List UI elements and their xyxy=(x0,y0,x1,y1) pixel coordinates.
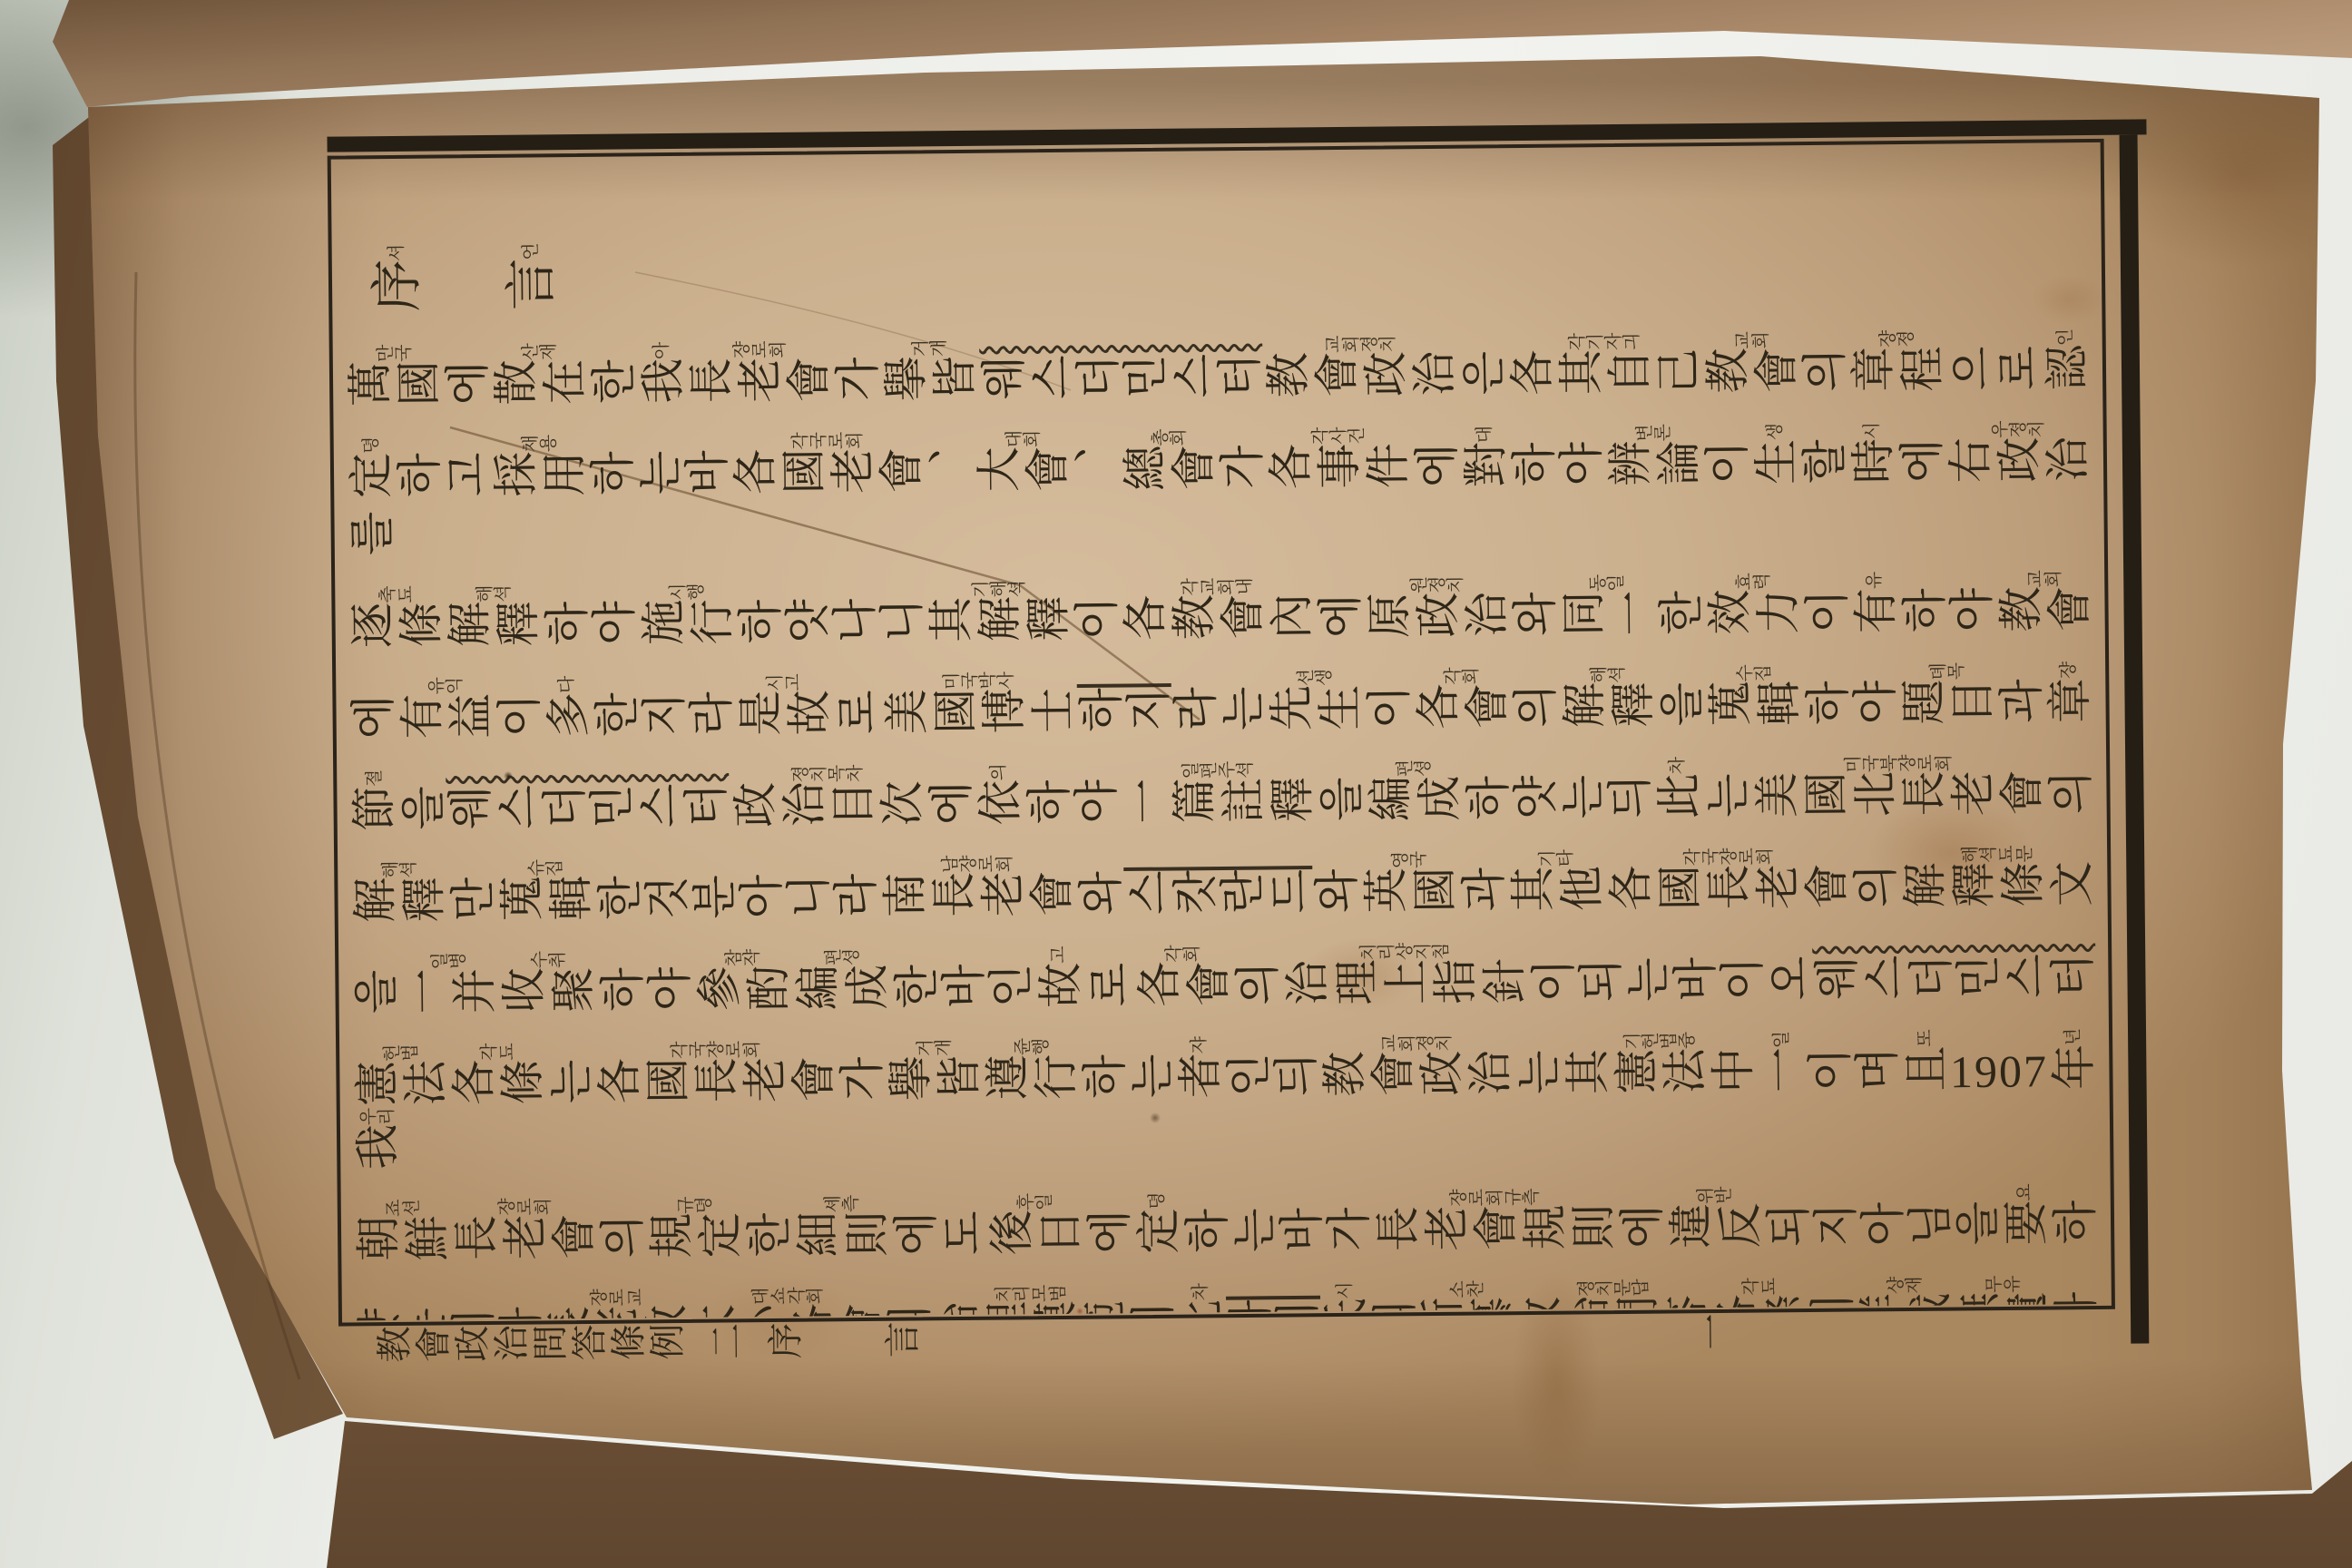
text-line-3: 逐條축됴解釋해셕하야施行시행하얏나니其解釋기해셕이各教會內각교회내에原政治원졍치… xyxy=(348,572,2092,658)
text-segment: 故고 xyxy=(1034,963,1085,1014)
gloss-annotation: 일 xyxy=(1757,1032,1804,1052)
text-segment: 有유 xyxy=(1850,589,1901,641)
text-segment: 規定규뎡 xyxy=(645,1213,745,1265)
text-segment: 하야 xyxy=(1804,681,1899,732)
text-segment: 長老會規則쟝로회규측 xyxy=(1372,1205,1619,1259)
gloss-annotation: 교회 xyxy=(1702,332,1798,353)
text-segment: 各條각됴 xyxy=(449,1060,547,1112)
text-segment: 序셔 xyxy=(368,260,424,320)
text-segment: 웨스더민스터 xyxy=(979,354,1263,407)
gloss-annotation: 원졍치 xyxy=(1363,576,1509,598)
text-segment: 章程쟝졍 xyxy=(1847,347,1947,398)
text-segment: 과 xyxy=(1459,867,1507,918)
text-segment: 同一동일 xyxy=(1558,591,1658,642)
text-segment: 에 xyxy=(348,695,397,746)
text-segment: 擧皆거개 xyxy=(880,357,980,408)
gloss-annotation: 기헌법즁 xyxy=(1562,1032,1756,1053)
text-segment: 定뎡 xyxy=(1132,1209,1183,1260)
text-segment: 하는 xyxy=(1080,1053,1175,1105)
gloss-annotation: 쟝졍 xyxy=(1847,330,1945,351)
text-line-7: 을一并일병收聚수취하야參酌참쟉編成편셩한바인故고로各會각회의治理上指針치리샹지침… xyxy=(351,938,2096,1024)
text-segment: 할 xyxy=(1800,439,1848,490)
text-segment: 憲法헌법 xyxy=(352,1061,450,1112)
text-segment: 스캇란드 xyxy=(1123,869,1313,922)
text-segment: 에 xyxy=(1316,593,1364,644)
text-segment: 가 xyxy=(833,358,881,408)
text-segment: 과 xyxy=(1997,679,2045,730)
text-segment: 其他기타 xyxy=(1506,867,1607,918)
text-segment: 얏는지라 xyxy=(355,1307,544,1320)
gloss-annotation: 치리모범 xyxy=(933,1285,1128,1307)
gloss-annotation: 교회졍치 xyxy=(1262,335,1457,357)
text-segment: 教會政治교회졍치 xyxy=(1318,1051,1514,1103)
printed-text-block: 序셔言언萬國만국에散在산재한我아長老會쟝로회가擧皆거개웨스더민스터教會政治교회졍… xyxy=(327,118,2158,1380)
text-segment: 時시 xyxy=(1847,439,1898,491)
text-segment: 에 xyxy=(1085,1210,1133,1260)
text-segment: 各其自己각기자긔 xyxy=(1506,349,1703,402)
gloss-annotation: 축됴 xyxy=(348,586,444,607)
text-segment: 는 xyxy=(1703,773,1751,824)
text-segment: 要요 xyxy=(2000,1200,2051,1252)
gloss-annotation: 쟝로회 xyxy=(687,341,832,363)
text-segment: 年년 xyxy=(2048,1045,2097,1097)
text-segment: 이 xyxy=(1803,589,1851,640)
gloss-annotation: 편셩 xyxy=(793,948,890,969)
text-segment: 效力효력 xyxy=(1704,590,1804,642)
gloss-annotation: 각사건 xyxy=(1265,427,1411,449)
gloss-annotation: 의 xyxy=(974,764,1021,784)
gloss-annotation: 교회졍치 xyxy=(1318,1034,1513,1056)
volume-number: 二 xyxy=(707,1323,746,1364)
text-segment: 右政治우졍치 xyxy=(1945,437,2091,490)
gloss-annotation: 각회 xyxy=(1132,946,1231,966)
text-line-9: 朝鮮죠션長老會쟝로회의規定규뎡한細則셰측에도後日후일에定뎡하는바가長老會規則쟝로… xyxy=(354,1185,2099,1271)
text-segment: 其解釋기해셕 xyxy=(925,597,1073,650)
gloss-annotation: 산재 xyxy=(490,344,588,365)
text-segment: 되지아님을 xyxy=(1764,1201,2001,1254)
text-segment: 、 xyxy=(926,448,975,500)
text-segment: 解釋해셕 xyxy=(446,602,544,653)
text-segment: 認인 xyxy=(2041,346,2090,397)
text-segment: 逐條축됴 xyxy=(348,603,446,654)
text-segment: 1907 xyxy=(1950,1045,2049,1097)
text-segment: 만 xyxy=(448,877,496,928)
text-segment: 題目뎨목 xyxy=(1898,680,1998,731)
text-segment: 美國博士미국박사 xyxy=(880,688,1077,740)
gloss-annotation: 각국쟝로회 xyxy=(1606,848,1849,870)
section-title-char-2: 言 xyxy=(883,1321,922,1362)
text-segment: 하야 xyxy=(1510,442,1605,494)
gloss-annotation: 해셕 xyxy=(350,861,446,882)
gloss-annotation: 각됴 xyxy=(1710,1279,1807,1299)
text-segment: 各會각회 xyxy=(1412,684,1512,736)
text-segment: 의 xyxy=(2046,770,2094,821)
text-segment: 我우리 xyxy=(353,1125,401,1176)
gloss-annotation: 시 xyxy=(1847,423,1895,443)
text-segment: 가 xyxy=(1218,445,1266,495)
gloss-annotation: 각됴 xyxy=(449,1044,545,1064)
text-segment: 의 xyxy=(1233,961,1281,1012)
text-line-5: 節졀을웨스더민스터政治目次졍치목차에依의하야一篇註釋일편주셕을編成편셩하얏는듸此… xyxy=(349,755,2094,841)
gloss-annotation: 후일 xyxy=(985,1193,1083,1214)
text-segment: 하 xyxy=(2051,1200,2099,1251)
text-segment: 一并일병 xyxy=(398,969,500,1021)
text-segment: 한바인 xyxy=(892,964,1034,1015)
gloss-annotation: 규뎡 xyxy=(645,1197,743,1218)
gloss-annotation: 거개 xyxy=(880,340,978,361)
gloss-annotation: 슈집 xyxy=(495,860,593,881)
gloss-annotation: 셰측 xyxy=(792,1195,890,1216)
text-segment: 解釋條文해셕됴문 xyxy=(1898,862,2095,915)
text-segment: 解釋해셕 xyxy=(1558,682,1658,734)
gloss-annotation: 차 xyxy=(1652,758,1700,778)
text-segment: 한것분아니라 xyxy=(595,874,879,927)
text-segment: 이 xyxy=(1073,596,1121,647)
text-segment: 를 xyxy=(347,512,395,563)
text-segment: 하야 xyxy=(1024,779,1120,831)
gloss-annotation: 각국로회 xyxy=(730,432,925,454)
gloss-annotation: 우졍치 xyxy=(1945,421,2091,443)
gloss-annotation: 치리샹지침 xyxy=(1280,943,1527,965)
text-segment: 一일 xyxy=(1757,1048,1806,1100)
text-segment: 對대 xyxy=(1459,443,1510,495)
text-segment: 美國北長老會미국북쟝로회 xyxy=(1750,770,2047,824)
text-segment: 에도 xyxy=(891,1210,986,1262)
text-segment: 로 xyxy=(833,691,881,741)
gloss-annotation: 소찬 xyxy=(1417,1281,1514,1302)
text-segment: 定뎡 xyxy=(347,454,396,505)
gloss-annotation: 쥰행 xyxy=(983,1038,1079,1059)
text-segment: 政治目次졍치목차 xyxy=(729,781,927,834)
text-segment: 에 xyxy=(1618,1204,1666,1255)
text-segment: 治理上指針치리샹지침 xyxy=(1280,959,1530,1013)
text-line-2: 定뎡하고採用채용하는바各國老會각국로회、大會대회、總會총회가各事件각사건에對대하… xyxy=(347,422,2092,566)
text-area: 序셔言언萬國만국에散在산재한我아長老會쟝로회가擧皆거개웨스더민스터教會政治교회졍… xyxy=(333,144,2110,1321)
text-segment: 且또 xyxy=(1900,1046,1951,1098)
page-number: 一 xyxy=(1693,1314,1732,1355)
rotated-page-content: 序셔言언萬國만국에散在산재한我아長老會쟝로회가擧皆거개웨스더민스터教會政治교회졍… xyxy=(327,118,2158,1380)
text-segment: 하는바 xyxy=(588,450,730,502)
text-segment: 各國長老會각국쟝로회 xyxy=(593,1057,838,1111)
text-segment: 하지 xyxy=(1077,687,1172,739)
text-segment: 는 xyxy=(546,1060,594,1111)
text-segment: 하얏는듸 xyxy=(1464,774,1653,827)
text-segment: 教會政治교회졍치 xyxy=(1262,351,1459,404)
text-segment: 한 xyxy=(589,359,637,410)
gloss-annotation: 대회 xyxy=(975,431,1071,452)
text-segment: 細則셰측 xyxy=(792,1211,892,1263)
gloss-annotation: 미국박사 xyxy=(880,672,1075,694)
gloss-annotation: 또 xyxy=(1900,1030,1947,1050)
text-segment: 各教會內각교회내 xyxy=(1120,594,1317,647)
gloss-annotation: 쟝로회 xyxy=(451,1199,596,1220)
gloss-annotation: 해셕 xyxy=(1558,666,1656,687)
gloss-annotation: 총회 xyxy=(1121,429,1217,450)
text-segment: 先生션생 xyxy=(1266,685,1366,737)
text-segment: 하야 xyxy=(543,601,638,652)
text-segment: 이 xyxy=(1703,440,1751,491)
text-segment: 朝鮮죠션 xyxy=(354,1216,452,1268)
text-segment: 되는바이오 xyxy=(1576,956,1813,1009)
text-segment: 한 xyxy=(745,1213,793,1264)
gloss-annotation: 졍치문답 xyxy=(1516,1279,1710,1301)
text-segment: 一篇註釋일편주셕 xyxy=(1119,778,1318,830)
text-segment: 有益유익 xyxy=(396,694,495,746)
text-segment: 이 xyxy=(495,693,544,744)
gloss-annotation: 쟝로회규측 xyxy=(1371,1189,1615,1211)
gloss-annotation: 시 xyxy=(1320,1282,1367,1302)
gloss-annotation: 편셩 xyxy=(1364,759,1462,780)
gloss-annotation: 만국 xyxy=(346,345,442,366)
page-title-line: 序셔言언 xyxy=(345,230,2090,325)
gloss-annotation: 고 xyxy=(1034,946,1081,966)
text-segment: 와 xyxy=(1511,592,1559,642)
gloss-annotation: 졀 xyxy=(349,770,397,790)
text-segment: 에 xyxy=(926,781,975,832)
text-segment: 으로 xyxy=(1946,346,2042,397)
text-segment: 이며 xyxy=(1806,1047,1901,1099)
gloss-annotation: 영국 xyxy=(1359,851,1457,872)
text-segment: 萬國만국 xyxy=(346,361,444,413)
text-segment: 에 xyxy=(1897,438,1945,489)
gloss-annotation: 시행 xyxy=(637,583,735,604)
text-segment: 에 xyxy=(1412,443,1460,494)
text-segment: 擧皆거개 xyxy=(885,1055,984,1107)
gloss-annotation: 우리 xyxy=(353,1109,400,1129)
text-segment: 을 xyxy=(351,970,399,1021)
gloss-annotation: 일병 xyxy=(398,953,497,974)
text-segment: 웨스더민스터 xyxy=(1812,954,2096,1007)
gloss-annotation: 언 xyxy=(503,243,557,264)
text-segment: 의 xyxy=(1800,348,1848,398)
text-segment: 多다 xyxy=(543,693,593,745)
gloss-annotation: 생 xyxy=(1749,424,1797,444)
text-segment: 長老會쟝로회 xyxy=(452,1215,599,1268)
gloss-annotation: 무유 xyxy=(1954,1276,2050,1297)
gloss-annotation: 남쟝로회 xyxy=(878,856,1074,877)
text-segment: 我아 xyxy=(636,359,687,411)
text-segment: 에 xyxy=(443,361,491,412)
gloss-annotation: 년 xyxy=(2048,1029,2095,1049)
text-segment: 하야 xyxy=(1900,588,1995,640)
text-segment: 이 xyxy=(1529,958,1577,1009)
gloss-annotation: 죠션 xyxy=(354,1200,450,1220)
gloss-annotation: 졍치목차 xyxy=(729,765,925,787)
text-segment: 辨論변론 xyxy=(1604,441,1703,493)
gloss-annotation: 대쇼각회 xyxy=(691,1288,884,1309)
gloss-annotation: 효력 xyxy=(1704,573,1802,594)
text-segment: 節졀 xyxy=(349,787,399,838)
text-segment: 教會교회 xyxy=(1703,348,1801,400)
text-segment: 가 xyxy=(838,1057,886,1108)
text-segment: 한 xyxy=(1657,591,1705,642)
text-segment: 各國長老會각국쟝로회 xyxy=(1606,864,1852,917)
text-line-1: 萬國만국에散在산재한我아長老會쟝로회가擧皆거개웨스더민스터教會政治교회졍치은各其… xyxy=(346,330,2091,416)
text-segment: 後日후일 xyxy=(985,1210,1085,1261)
gloss-annotation: 거개 xyxy=(885,1040,982,1061)
text-segment: 을 xyxy=(1657,682,1705,733)
gloss-annotation: 교회 xyxy=(1994,571,2092,592)
text-segment: 로 xyxy=(1085,963,1133,1014)
text-line-8: 憲法헌법各條각됴는各國長老會각국쟝로회가擧皆거개遵行쥰행하는者쟈인듸教會政治교회… xyxy=(352,1030,2097,1180)
gloss-annotation: 해셕됴문 xyxy=(1898,846,2094,867)
text-segment: 採用채용 xyxy=(489,452,588,504)
text-segment: 와 xyxy=(1076,871,1124,922)
gloss-annotation: 각기자긔 xyxy=(1506,333,1701,355)
text-segment: 을 xyxy=(1317,777,1365,828)
text-line-6: 解釋해셕만蒐輯슈집한것분아니라南長老會남쟝로회와스캇란드와英國영국과其他기타各國… xyxy=(350,847,2095,933)
gloss-annotation: 위반 xyxy=(1664,1187,1762,1208)
text-line-4: 에有益유익이多다한지라是故시고로美國博士미국박사하지라는先生션생이各會각회의解釋… xyxy=(348,663,2093,750)
gloss-annotation: 뎡 xyxy=(1132,1192,1180,1212)
text-segment: 依의 xyxy=(974,780,1025,832)
text-segment: 의 xyxy=(1851,864,1899,915)
text-segment: 總會총회 xyxy=(1121,446,1219,497)
gloss-annotation: 동일 xyxy=(1558,574,1656,595)
gloss-annotation: 변론 xyxy=(1604,425,1701,446)
gloss-annotation: 각회 xyxy=(1412,668,1510,689)
gloss-annotation: 뎡 xyxy=(347,437,394,457)
gloss-annotation: 뎨목 xyxy=(1897,663,1995,684)
text-segment: 遵行쥰행 xyxy=(984,1054,1082,1106)
text-segment: 大會대회 xyxy=(975,447,1073,499)
text-segment: 收聚수취 xyxy=(499,968,598,1020)
gloss-annotation: 샹재 xyxy=(1856,1277,1953,1298)
gloss-annotation: 요 xyxy=(2000,1184,2047,1204)
gloss-annotation: 미국북쟝로회 xyxy=(1750,754,2044,777)
text-segment: 이 xyxy=(1365,685,1413,736)
text-segment: 是故시고 xyxy=(734,691,834,742)
text-segment: 하고 xyxy=(395,453,490,505)
text-segment: 의 xyxy=(1511,683,1559,734)
gloss-annotation: 인 xyxy=(2041,329,2088,349)
text-segment: 者쟈 xyxy=(1174,1053,1225,1105)
text-segment: 長老會쟝로회 xyxy=(687,358,834,410)
text-segment: 生생 xyxy=(1750,440,1801,492)
text-segment: 其憲法中기헌법즁 xyxy=(1562,1048,1758,1101)
gloss-annotation: 셔 xyxy=(368,245,423,266)
text-segment: 하야 xyxy=(598,967,693,1019)
section-title-char-1: 序 xyxy=(766,1323,805,1364)
text-segment: 各會각회 xyxy=(1132,962,1234,1014)
gloss-annotation: 수집 xyxy=(1704,665,1802,686)
gloss-annotation: 참쟉 xyxy=(692,950,791,971)
text-segment: 編成편셩 xyxy=(1364,776,1465,828)
text-segment: 인듸 xyxy=(1224,1053,1319,1104)
text-segment: 此차 xyxy=(1652,774,1704,826)
gloss-annotation: 쟝 xyxy=(2044,662,2092,682)
text-segment: 、 xyxy=(1072,446,1121,498)
text-segment: 南長老會남쟝로회 xyxy=(878,871,1077,924)
text-segment: 라는 xyxy=(1171,686,1267,738)
gloss-annotation: 해셕 xyxy=(446,585,542,606)
gloss-annotation: 일편주셕 xyxy=(1119,761,1315,783)
text-segment: 웨스더민스터 xyxy=(446,783,730,837)
gloss-annotation: 기해셕 xyxy=(925,581,1071,603)
text-segment: 한지라 xyxy=(593,691,735,743)
gloss-annotation: 쟈 xyxy=(1174,1037,1221,1057)
gloss-annotation: 아 xyxy=(636,343,683,363)
text-segment: 는 xyxy=(1514,1050,1563,1101)
gloss-annotation: 각교회내 xyxy=(1120,578,1315,600)
text-segment: 散在산재 xyxy=(490,360,590,412)
text-segment: 解釋해셕 xyxy=(350,877,449,929)
text-segment: 의 xyxy=(598,1214,646,1265)
text-segment: 蒐輯수집 xyxy=(1704,681,1804,733)
gloss-annotation: 대 xyxy=(1459,426,1506,446)
gloss-annotation: 션생 xyxy=(1266,669,1364,690)
text-segment: 言언 xyxy=(503,260,558,319)
text-segment: 英國영국 xyxy=(1359,867,1460,919)
text-segment: 을 xyxy=(398,786,446,837)
text-segment: 하얏나니 xyxy=(736,598,926,651)
text-segment: 各國老會각국로회 xyxy=(730,448,926,501)
text-segment: 教會교회 xyxy=(1994,587,2092,639)
text-segment: 章쟝 xyxy=(2044,679,2093,730)
text-segment: 하는바가 xyxy=(1183,1207,1373,1259)
gloss-annotation: 수취 xyxy=(499,952,596,973)
text-segment: 蒐輯슈집 xyxy=(495,877,596,928)
text-segment: 違反위반 xyxy=(1665,1203,1765,1255)
gloss-annotation: 기타 xyxy=(1506,850,1604,871)
text-segment: 은 xyxy=(1459,351,1507,402)
gloss-annotation: 다 xyxy=(542,677,589,697)
gloss-annotation: 차 xyxy=(1176,1284,1223,1304)
text-segment: 各事件각사건 xyxy=(1265,444,1413,496)
gloss-annotation: 각국쟝로회 xyxy=(593,1041,837,1063)
text-segment: 原政治원졍치 xyxy=(1363,593,1511,645)
text-segment: 參酌참쟉 xyxy=(692,965,794,1017)
book-title: 教會政治問答條例 xyxy=(375,1324,687,1367)
text-segment: 編成편셩 xyxy=(793,965,892,1016)
gloss-annotation: 쟝로교 xyxy=(544,1289,690,1311)
gloss-annotation: 시고 xyxy=(734,674,832,695)
gloss-annotation: 채용 xyxy=(489,436,586,456)
text-segment: 와 xyxy=(1312,869,1360,920)
text-segment: 施行시행 xyxy=(637,600,737,652)
gloss-annotation: 헌법 xyxy=(352,1044,448,1065)
gloss-annotation: 유익 xyxy=(396,678,494,699)
gloss-annotation: 유 xyxy=(1850,573,1897,593)
frame-outer-border-right xyxy=(2120,135,2150,1344)
